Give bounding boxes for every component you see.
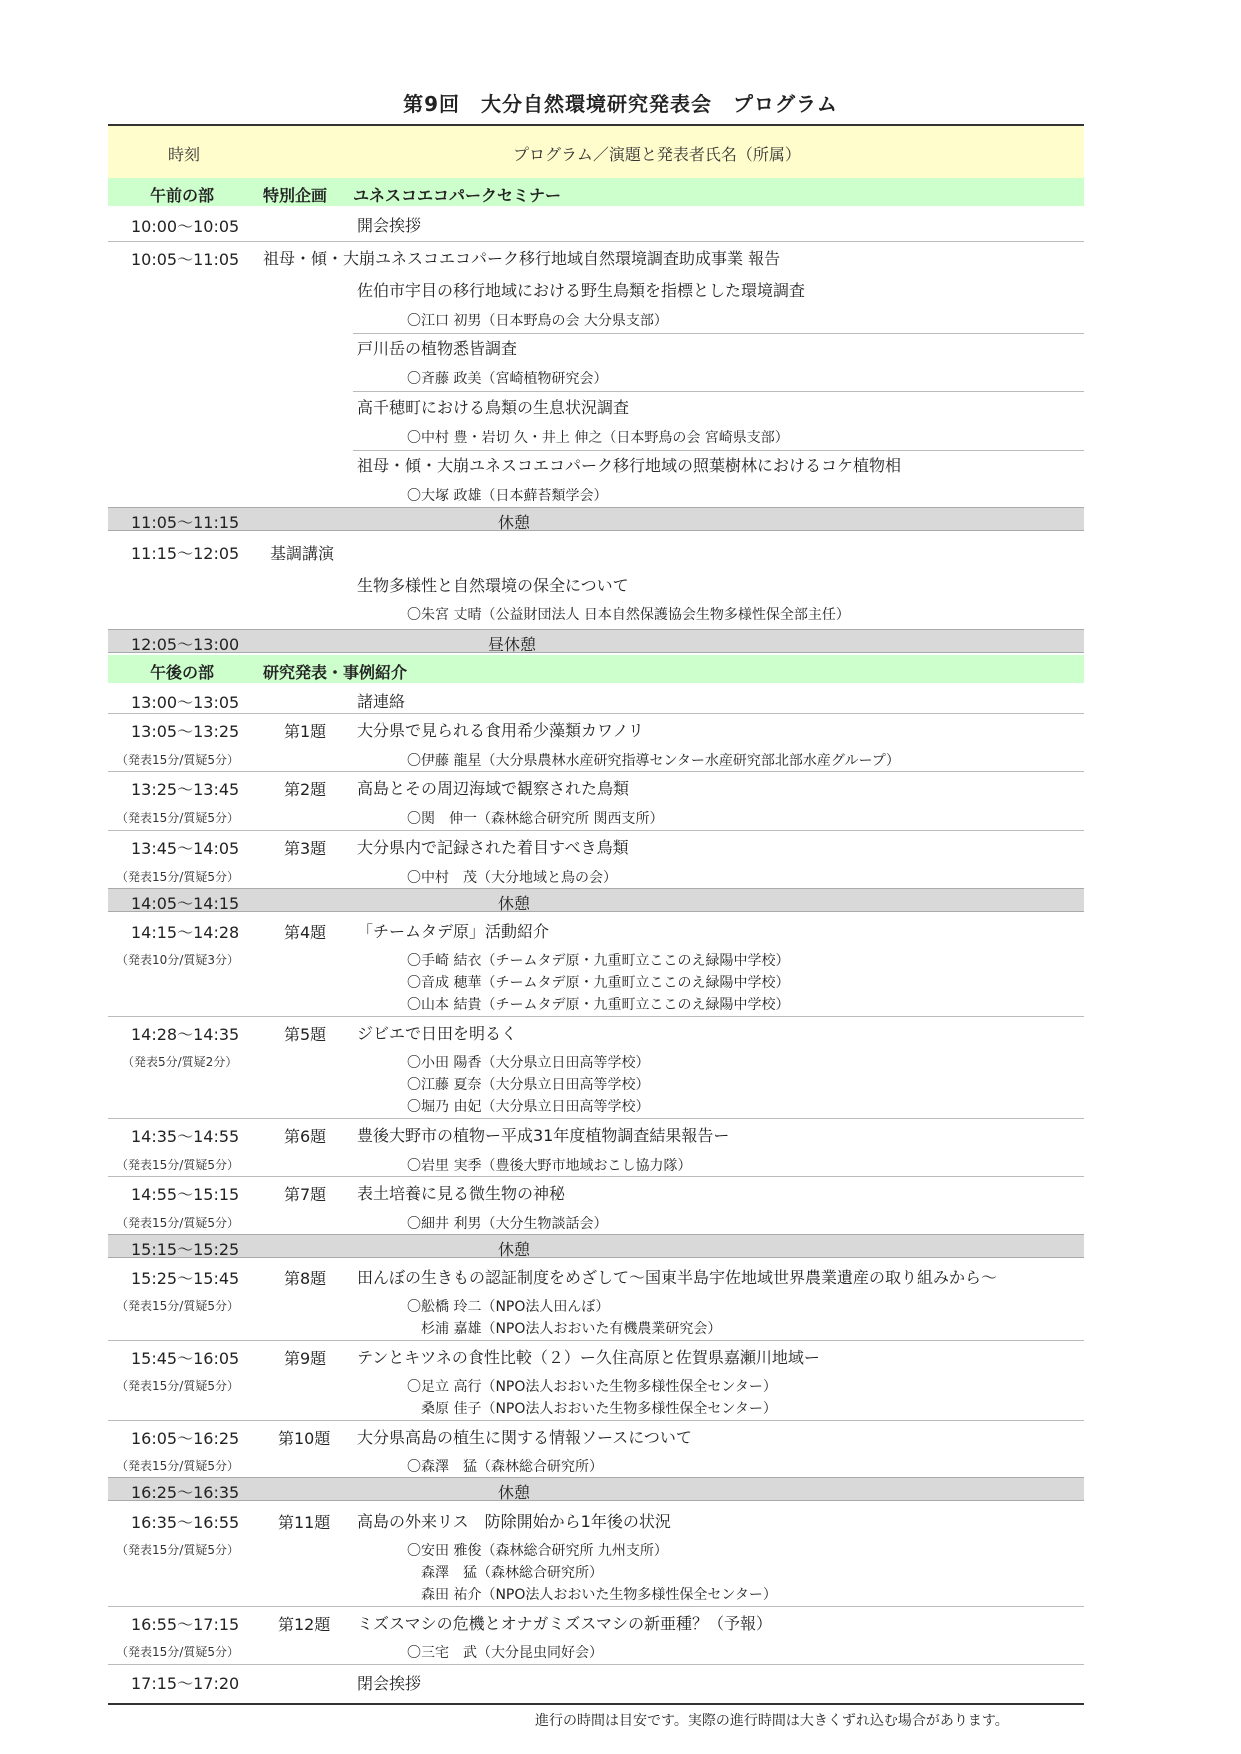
presenter: 〇大塚 政雄（日本蘚苔類学会） [407, 485, 607, 505]
time: 13:00〜13:05 [131, 690, 239, 713]
talk-number: 第9題 [284, 1346, 326, 1369]
duration: （発表15分/質疑5分） [116, 1541, 239, 1558]
divider [353, 333, 1084, 334]
header-program: プログラム／演題と発表者氏名（所属） [513, 142, 801, 165]
time: 16:55〜17:15 [131, 1612, 239, 1635]
presenter: 〇江口 初男（日本野鳥の会 大分県支部） [407, 310, 668, 330]
presenter: 〇朱宮 丈晴（公益財団法人 日本自然保護協会生物多様性保全部主任） [407, 604, 850, 624]
break-row: 14:05〜14:15 休憩 [108, 888, 1084, 912]
break-label: 休憩 [498, 891, 530, 914]
time: 14:35〜14:55 [131, 1124, 239, 1147]
item-title: 生物多様性と自然環境の保全について [357, 573, 629, 596]
time: 15:25〜15:45 [131, 1266, 239, 1289]
break-label: 休憩 [498, 1237, 530, 1260]
time: 14:28〜14:35 [131, 1022, 239, 1045]
talk-title: 大分県内で記録された着目すべき鳥類 [357, 835, 629, 858]
presenter: 杉浦 嘉雄（NPO法人おおいた有機農業研究会） [407, 1318, 721, 1338]
time: 10:00〜10:05 [131, 214, 239, 237]
presenter: 〇細井 利男（大分生物談話会） [407, 1213, 607, 1233]
talk-number: 第7題 [284, 1182, 326, 1205]
time: 10:05〜11:05 [131, 247, 239, 270]
item-title: 諸連絡 [357, 689, 405, 712]
time: 14:05〜14:15 [131, 891, 239, 914]
divider [108, 1340, 1084, 1341]
item-title: 開会挨拶 [357, 213, 421, 236]
item-title: 祖母・傾・大崩ユネスコエコパーク移行地域の照葉樹林におけるコケ植物相 [357, 453, 901, 476]
item-title: 閉会挨拶 [357, 1671, 421, 1694]
section-afternoon: 午後の部 研究発表・事例紹介 [108, 655, 1084, 683]
table-header: 時刻 プログラム／演題と発表者氏名（所属） [108, 126, 1084, 178]
talk-title: ミズスマシの危機とオナガミズスマシの新亜種？（予報） [357, 1611, 772, 1634]
duration: （発表15分/質疑5分） [116, 1156, 239, 1173]
footer-note: 進行の時間は目安です。実際の進行時間は大きくずれ込む場合があります。 [535, 1710, 1009, 1730]
section-category: 特別企画 [263, 183, 327, 206]
duration: （発表10分/質疑3分） [116, 951, 239, 968]
presenter: 〇斉藤 政美（宮崎植物研究会） [407, 368, 607, 388]
divider [108, 241, 1084, 242]
divider [108, 771, 1084, 772]
talk-number: 第11題 [278, 1510, 330, 1533]
duration: （発表15分/質疑5分） [116, 1457, 239, 1474]
divider [108, 1664, 1084, 1665]
time: 14:15〜14:28 [131, 920, 239, 943]
talk-number: 第4題 [284, 920, 326, 943]
time: 17:15〜17:20 [131, 1671, 239, 1694]
divider [108, 713, 1084, 714]
break-row: 16:25〜16:35 休憩 [108, 1477, 1084, 1501]
presenter: 〇三宅 武（大分昆虫同好会） [407, 1642, 603, 1662]
divider [108, 1420, 1084, 1421]
section-morning: 午前の部 特別企画 ユネスコエコパークセミナー [108, 178, 1084, 206]
talk-number: 第1題 [284, 719, 326, 742]
section-label: 午後の部 [150, 660, 214, 683]
time: 11:15〜12:05 [131, 541, 239, 564]
time: 13:45〜14:05 [131, 836, 239, 859]
presenter: 森澤 猛（森林総合研究所） [407, 1562, 603, 1582]
keynote-category: 基調講演 [270, 541, 334, 564]
talk-title: 高島とその周辺海域で観察された鳥類 [357, 776, 629, 799]
talk-title: 豊後大野市の植物ー平成31年度植物調査結果報告ー [357, 1123, 729, 1146]
time: 13:25〜13:45 [131, 777, 239, 800]
talk-title: テンとキツネの食性比較（２）ー久住高原と佐賀県嘉瀬川地域ー [357, 1345, 820, 1368]
section-label: 午前の部 [150, 183, 214, 206]
talk-number: 第12題 [278, 1612, 330, 1635]
presenter: 〇堀乃 由妃（大分県立日田高等学校） [407, 1096, 649, 1116]
duration: （発表15分/質疑5分） [116, 1643, 239, 1660]
presenter: 〇江藤 夏奈（大分県立日田高等学校） [407, 1074, 649, 1094]
section-title: ユネスコエコパークセミナー [353, 183, 561, 206]
time: 16:25〜16:35 [131, 1480, 239, 1503]
talk-title: 田んぼの生きもの認証制度をめざして〜国東半島宇佐地域世界農業遺産の取り組みから〜 [357, 1265, 997, 1288]
presenter: 森田 祐介（NPO法人おおいた生物多様性保全センター） [407, 1584, 777, 1604]
talk-number: 第8題 [284, 1266, 326, 1289]
talk-number: 第3題 [284, 836, 326, 859]
presenter: 〇音成 穂華（チームタデ原・九重町立ここのえ緑陽中学校） [407, 972, 789, 992]
talk-title: 高島の外来リス 防除開始から1年後の状況 [357, 1509, 671, 1532]
presenter: 〇舩橋 玲二（NPO法人田んぼ） [407, 1296, 609, 1316]
duration: （発表15分/質疑5分） [116, 809, 239, 826]
presenter: 〇関 伸一（森林総合研究所 関西支所） [407, 808, 663, 828]
presenter: 〇中村 茂（大分地域と鳥の会） [407, 867, 617, 887]
break-row: 11:05〜11:15 休憩 [108, 507, 1084, 531]
lunch-row: 12:05〜13:00 昼休憩 [108, 629, 1084, 653]
duration: （発表15分/質疑5分） [116, 868, 239, 885]
item-title: 戸川岳の植物悉皆調査 [357, 336, 517, 359]
time: 11:05〜11:15 [131, 510, 239, 533]
break-label: 休憩 [498, 510, 530, 533]
talk-number: 第2題 [284, 777, 326, 800]
time: 16:35〜16:55 [131, 1510, 239, 1533]
time: 15:45〜16:05 [131, 1346, 239, 1369]
talk-title: 大分県高島の植生に関する情報ソースについて [357, 1425, 692, 1448]
time: 13:05〜13:25 [131, 719, 239, 742]
presenter: 〇安田 雅俊（森林総合研究所 九州支所） [407, 1540, 668, 1560]
talk-title: 大分県で見られる食用希少藻類カワノリ [357, 718, 644, 741]
time: 14:55〜15:15 [131, 1182, 239, 1205]
duration: （発表15分/質疑5分） [116, 1297, 239, 1314]
bottom-rule [108, 1703, 1084, 1705]
divider [353, 450, 1084, 451]
presenter: 〇岩里 実季（豊後大野市地域おこし協力隊） [407, 1155, 691, 1175]
break-label: 休憩 [498, 1480, 530, 1503]
presenter: 〇手崎 結衣（チームタデ原・九重町立ここのえ緑陽中学校） [407, 950, 789, 970]
divider [108, 1016, 1084, 1017]
divider [353, 391, 1084, 392]
talk-title: 表土培養に見る微生物の神秘 [357, 1181, 565, 1204]
talk-title: 「チームタデ原」活動紹介 [357, 919, 549, 942]
section-category: 研究発表・事例紹介 [263, 660, 407, 683]
item-title: 高千穂町における鳥類の生息状況調査 [357, 395, 629, 418]
talk-number: 第5題 [284, 1022, 326, 1045]
presenter: 〇小田 陽香（大分県立日田高等学校） [407, 1052, 649, 1072]
presenter: 〇伊藤 龍星（大分県農林水産研究指導センター水産研究部北部水産グループ） [407, 750, 900, 770]
divider [108, 1606, 1084, 1607]
duration: （発表5分/質疑2分） [122, 1053, 237, 1070]
duration: （発表15分/質疑5分） [116, 1377, 239, 1394]
break-row: 15:15〜15:25 休憩 [108, 1234, 1084, 1258]
time: 15:15〜15:25 [131, 1237, 239, 1260]
presenter: 〇足立 高行（NPO法人おおいた生物多様性保全センター） [407, 1376, 777, 1396]
duration: （発表15分/質疑5分） [116, 751, 239, 768]
time: 16:05〜16:25 [131, 1426, 239, 1449]
report-title: 祖母・傾・大崩ユネスコエコパーク移行地域自然環境調査助成事業 報告 [263, 246, 780, 269]
presenter: 桑原 佳子（NPO法人おおいた生物多様性保全センター） [407, 1398, 777, 1418]
page-title: 第9回 大分自然環境研究発表会 プログラム [0, 88, 1241, 117]
time: 12:05〜13:00 [131, 632, 239, 655]
header-time: 時刻 [168, 142, 200, 165]
divider [108, 830, 1084, 831]
talk-number: 第6題 [284, 1124, 326, 1147]
divider [108, 1176, 1084, 1177]
presenter: 〇森澤 猛（森林総合研究所） [407, 1456, 603, 1476]
item-title: 佐伯市宇目の移行地域における野生鳥類を指標とした環境調査 [357, 278, 805, 301]
presenter: 〇中村 豊・岩切 久・井上 伸之（日本野鳥の会 宮崎県支部） [407, 427, 789, 447]
talk-number: 第10題 [278, 1426, 330, 1449]
presenter: 〇山本 結貴（チームタデ原・九重町立ここのえ緑陽中学校） [407, 994, 789, 1014]
duration: （発表15分/質疑5分） [116, 1214, 239, 1231]
divider [108, 1118, 1084, 1119]
talk-title: ジビエで日田を明るく [357, 1021, 517, 1044]
break-label: 昼休憩 [488, 632, 536, 655]
